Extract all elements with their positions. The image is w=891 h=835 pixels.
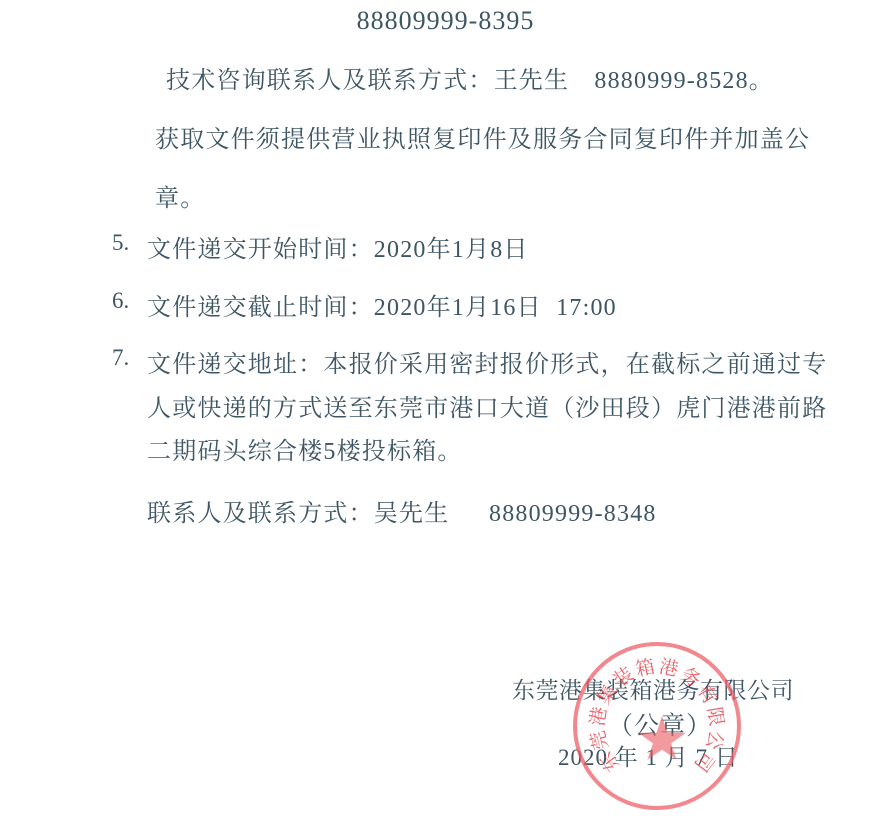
item-7-number: 7.: [112, 345, 129, 371]
tech-contact-line: 技术咨询联系人及联系方式：王先生 8880999-8528。: [166, 60, 774, 95]
item-6-text: 文件递交截止时间：2020年1月16日 17:00: [147, 287, 617, 322]
item-7-text-line-3: 二期码头综合楼5楼投标箱。: [147, 431, 463, 466]
item-5-number: 5.: [112, 230, 129, 256]
obtain-file-line-1: 获取文件须提供营业执照复印件及服务合同复印件并加盖公: [155, 119, 810, 154]
signature-seal-note: （公章）: [608, 706, 712, 742]
header-phone-number: 88809999-8395: [0, 6, 891, 36]
signature-company-name: 东莞港集装箱港务有限公司: [512, 672, 794, 705]
document-page: 88809999-8395 技术咨询联系人及联系方式：王先生 8880999-8…: [0, 0, 891, 835]
item-7-text-line-1: 文件递交地址：本报价采用密封报价形式，在截标之前通过专: [147, 344, 827, 379]
item-6-number: 6.: [112, 288, 129, 314]
obtain-file-line-2: 章。: [155, 178, 205, 213]
item-7-text-line-2: 人或快递的方式送至东莞市港口大道（沙田段）虎门港港前路: [147, 388, 827, 423]
delivery-contact-line: 联系人及联系方式：吴先生 88809999-8348: [147, 493, 657, 528]
signature-date: 2020 年 1 月 7 日: [558, 739, 739, 772]
item-5-text: 文件递交开始时间：2020年1月8日: [147, 229, 529, 264]
